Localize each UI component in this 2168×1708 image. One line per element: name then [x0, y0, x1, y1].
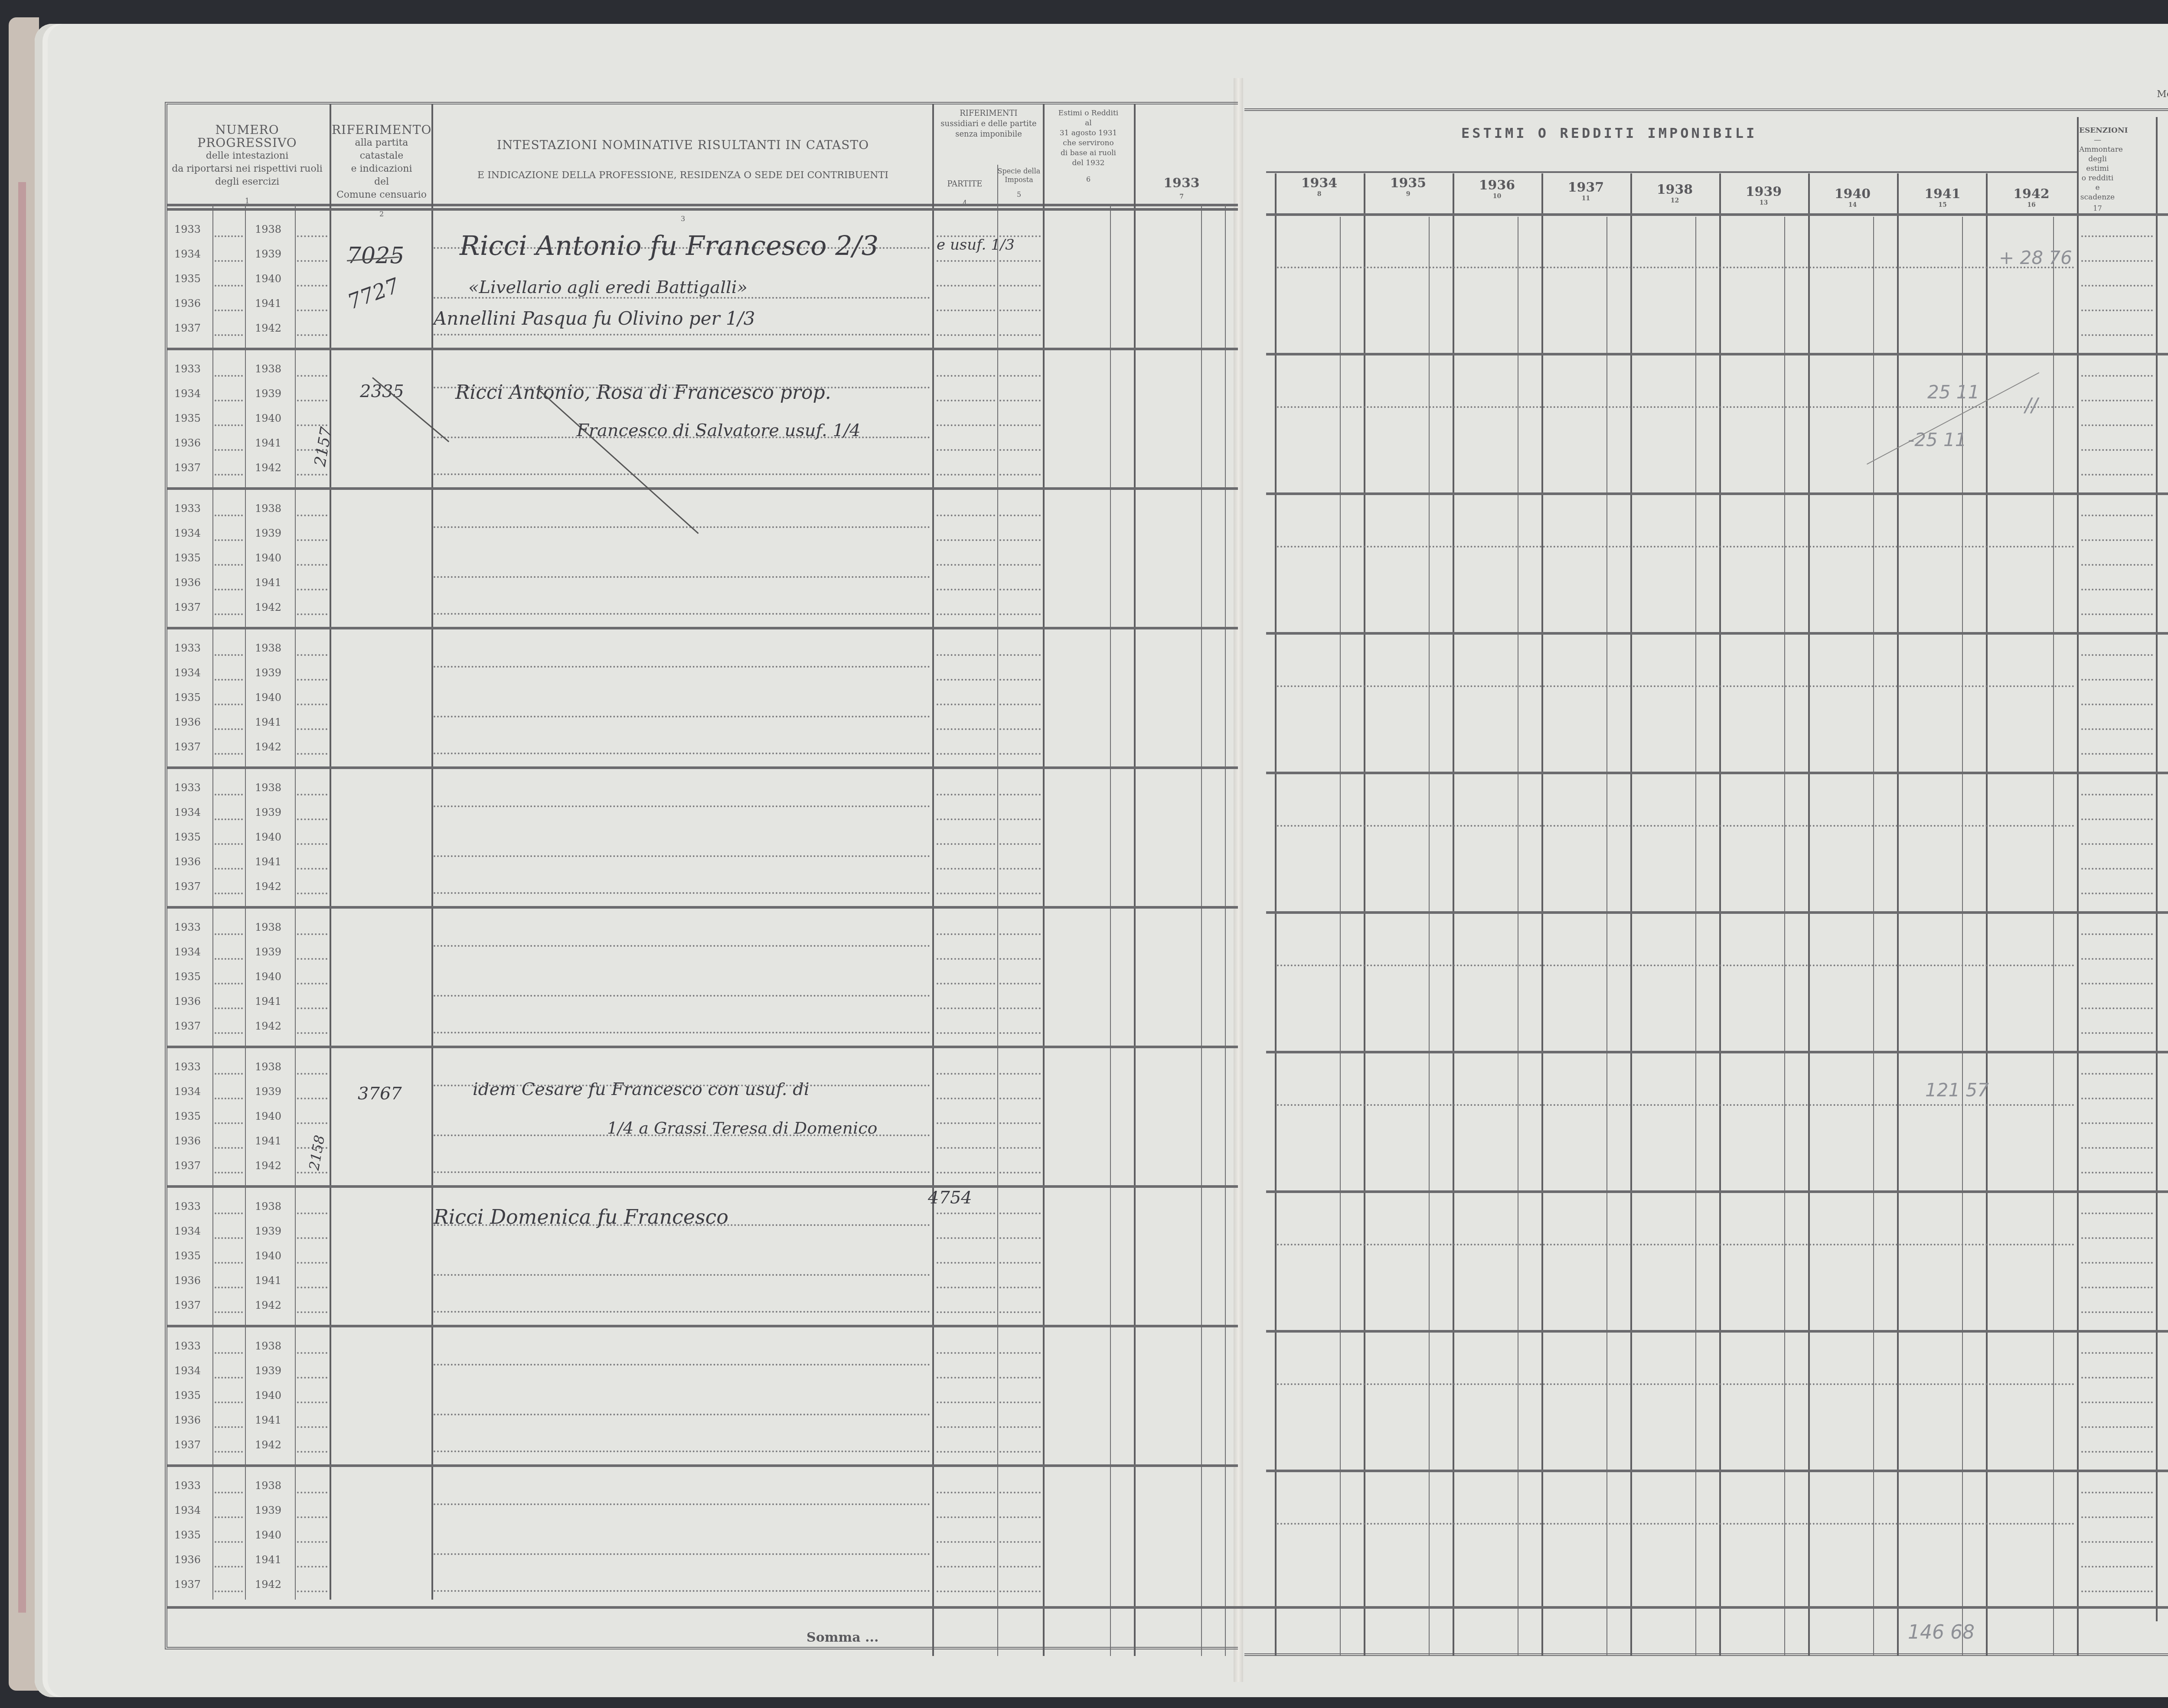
header-year-1940: 194014 — [1810, 186, 1895, 209]
dotted-rule — [2081, 753, 2153, 755]
name-line — [434, 1364, 930, 1366]
dotted-rule — [297, 1451, 327, 1453]
dotted-rule — [937, 1591, 995, 1592]
year-label: 1941 — [255, 716, 281, 728]
year-label: 1941 — [255, 995, 281, 1007]
dotted-rule — [999, 515, 1041, 516]
dotted-rule — [297, 1377, 327, 1379]
dotted-rule — [2081, 400, 2153, 401]
year-label: 1942 — [255, 1299, 281, 1311]
dotted-rule — [937, 1426, 995, 1428]
dotted-rule — [297, 375, 327, 377]
dotted-rule — [2081, 613, 2153, 615]
name-line — [434, 892, 930, 894]
dotted-rule — [2081, 933, 2153, 935]
year-label: 1938 — [255, 782, 281, 794]
dotted-rule — [999, 1262, 1041, 1264]
value-line — [1277, 1383, 2075, 1385]
year-label: 1938 — [255, 642, 281, 654]
dotted-rule — [215, 704, 243, 705]
dotted-rule — [297, 310, 327, 311]
dotted-rule — [937, 1098, 995, 1099]
dotted-rule — [2081, 1541, 2153, 1543]
dotted-rule — [999, 1122, 1041, 1124]
entry-2-line-2: Francesco di Salvatore usuf. 1/4 — [577, 420, 861, 440]
block-separator — [1266, 911, 2168, 914]
block-separator — [1266, 353, 2168, 355]
dotted-rule — [937, 1122, 995, 1124]
year-label: 1938 — [255, 363, 281, 375]
year-label: 1937 — [174, 1299, 200, 1311]
dotted-rule — [2081, 728, 2153, 730]
value-line — [1277, 1244, 2075, 1245]
dotted-rule — [937, 515, 995, 516]
dotted-rule — [215, 1516, 243, 1518]
dotted-rule — [999, 1492, 1041, 1493]
dotted-rule — [2081, 310, 2153, 311]
year-label: 1937 — [174, 1160, 200, 1172]
dotted-rule — [937, 728, 995, 730]
entry-2-value-1941-correction: -25 11 — [1908, 429, 1966, 450]
dotted-rule — [2081, 704, 2153, 705]
dotted-rule — [215, 983, 243, 984]
dotted-rule — [2081, 1311, 2153, 1313]
value-line — [1277, 546, 2075, 548]
dotted-rule — [2081, 1073, 2153, 1075]
dotted-rule — [215, 1377, 243, 1379]
year-label: 1938 — [255, 1340, 281, 1352]
dotted-rule — [215, 260, 243, 262]
dotted-rule — [297, 334, 327, 336]
block-separator — [167, 627, 1238, 629]
year-label: 1933 — [174, 782, 200, 794]
header-bottom-rule — [167, 204, 1238, 206]
block-separator — [1266, 1051, 2168, 1053]
header-year-1935: 19359 — [1366, 176, 1450, 198]
dotted-rule — [937, 843, 995, 845]
header-specie-imposta: Specie della Imposta 5 — [997, 167, 1041, 199]
dotted-rule — [215, 1566, 243, 1568]
dotted-rule — [999, 1213, 1041, 1214]
dotted-rule — [297, 1073, 327, 1075]
value-line — [1277, 267, 2075, 268]
header-year-1938: 193812 — [1633, 182, 1717, 204]
block-separator — [1266, 1470, 2168, 1472]
name-line — [434, 1171, 930, 1173]
dotted-rule — [999, 1402, 1041, 1403]
dotted-rule — [2081, 1237, 2153, 1239]
dotted-rule — [2081, 474, 2153, 476]
totals-rule — [167, 1606, 2168, 1609]
dotted-rule — [215, 958, 243, 960]
dotted-rule — [215, 285, 243, 287]
year-label: 1934 — [174, 946, 200, 958]
header-year-1939: 193913 — [1721, 184, 1806, 206]
dotted-rule — [2081, 1098, 2153, 1099]
entry-7-value-1941: 121 57 — [1925, 1079, 1989, 1101]
dotted-rule — [2081, 1172, 2153, 1173]
name-line — [434, 1503, 930, 1505]
dotted-rule — [297, 753, 327, 755]
name-line — [434, 855, 930, 857]
header-year-1936: 193610 — [1455, 178, 1539, 200]
dotted-rule — [297, 515, 327, 516]
dotted-rule — [999, 1377, 1041, 1379]
year-label: 1940 — [255, 691, 281, 704]
value-line — [1277, 1523, 2075, 1525]
dotted-rule — [297, 843, 327, 845]
ledger-book: NUMERO PROGRESSIVO delle intestazioni da… — [0, 0, 2168, 1708]
block-separator — [1266, 772, 2168, 774]
dotted-rule — [2081, 1007, 2153, 1009]
dotted-rule — [999, 679, 1041, 681]
year-label: 1938 — [255, 502, 281, 515]
year-label: 1939 — [255, 946, 281, 958]
dotted-rule — [937, 704, 995, 705]
year-label: 1942 — [255, 880, 281, 893]
dotted-rule — [2081, 1147, 2153, 1149]
dotted-rule — [215, 334, 243, 336]
dotted-rule — [937, 1402, 995, 1403]
dotted-rule — [999, 1352, 1041, 1354]
year-label: 1939 — [255, 388, 281, 400]
dotted-rule — [999, 1451, 1041, 1453]
dotted-rule — [999, 1566, 1041, 1568]
block-separator — [167, 1185, 1238, 1188]
dotted-rule — [215, 1591, 243, 1592]
entry-7-partita: 3767 — [358, 1084, 402, 1104]
dotted-rule — [999, 1237, 1041, 1239]
value-line — [1277, 1104, 2075, 1106]
dotted-rule — [297, 728, 327, 730]
dotted-rule — [999, 958, 1041, 960]
year-label: 1936 — [174, 1274, 200, 1287]
dotted-rule — [937, 1451, 995, 1453]
year-label: 1934 — [174, 388, 200, 400]
dotted-rule — [2081, 1566, 2153, 1568]
dotted-rule — [937, 1492, 995, 1493]
name-line — [434, 945, 930, 947]
year-label: 1939 — [255, 248, 281, 260]
year-label: 1941 — [255, 1135, 281, 1147]
year-label: 1934 — [174, 1365, 200, 1377]
year-label: 1933 — [174, 502, 200, 515]
year-label: 1940 — [255, 971, 281, 983]
dotted-rule — [937, 285, 995, 287]
dotted-rule — [215, 400, 243, 401]
dotted-rule — [999, 1007, 1041, 1009]
year-label: 1934 — [174, 806, 200, 818]
dotted-rule — [215, 818, 243, 820]
block-separator — [167, 1046, 1238, 1048]
dotted-rule — [2081, 1377, 2153, 1379]
dotted-rule — [297, 933, 327, 935]
year-label: 1935 — [174, 971, 200, 983]
year-label: 1938 — [255, 1480, 281, 1492]
name-line — [434, 716, 930, 717]
year-label: 1937 — [174, 741, 200, 753]
year-label: 1935 — [174, 273, 200, 285]
dotted-rule — [999, 868, 1041, 870]
dotted-rule — [937, 654, 995, 656]
dotted-rule — [297, 1032, 327, 1034]
dotted-rule — [937, 449, 995, 451]
dotted-rule — [215, 753, 243, 755]
dotted-rule — [937, 564, 995, 566]
dotted-rule — [297, 1311, 327, 1313]
dotted-rule — [2081, 589, 2153, 590]
dotted-rule — [2081, 1213, 2153, 1214]
block-separator — [1266, 632, 2168, 635]
year-label: 1941 — [255, 856, 281, 868]
year-label: 1939 — [255, 806, 281, 818]
dotted-rule — [999, 1032, 1041, 1034]
dotted-rule — [215, 843, 243, 845]
dotted-rule — [297, 983, 327, 984]
dotted-rule — [937, 474, 995, 476]
dotted-rule — [2081, 1122, 2153, 1124]
entry-7-line-2: 1/4 a Grassi Teresa di Domenico — [607, 1118, 877, 1138]
year-label: 1942 — [255, 1439, 281, 1451]
year-label: 1936 — [174, 856, 200, 868]
dotted-rule — [2081, 260, 2153, 262]
form-model-label: Mod. 111 - Imposte Dirette (Intercalare)… — [2157, 89, 2168, 100]
dotted-rule — [297, 1237, 327, 1239]
dotted-rule — [297, 235, 327, 237]
dotted-rule — [937, 1007, 995, 1009]
block-separator — [1266, 492, 2168, 495]
dotted-rule — [215, 1352, 243, 1354]
year-label: 1942 — [255, 1020, 281, 1032]
dotted-rule — [215, 1007, 243, 1009]
dotted-rule — [999, 539, 1041, 541]
dotted-rule — [937, 983, 995, 984]
dotted-rule — [297, 1402, 327, 1403]
year-label: 1933 — [174, 642, 200, 654]
year-label: 1935 — [174, 1389, 200, 1402]
header-numero-progressivo: NUMERO PROGRESSIVO delle intestazioni da… — [167, 124, 327, 208]
year-label: 1941 — [255, 1554, 281, 1566]
year-label: 1936 — [174, 1135, 200, 1147]
dotted-rule — [999, 1541, 1041, 1543]
dotted-rule — [215, 449, 243, 451]
estimi-group-title: ESTIMI O REDDITI IMPONIBILI — [1461, 125, 1757, 141]
dotted-rule — [937, 794, 995, 795]
dotted-rule — [2081, 235, 2153, 237]
dotted-rule — [2081, 843, 2153, 845]
dotted-rule — [215, 794, 243, 795]
dotted-rule — [937, 1172, 995, 1173]
year-label: 1933 — [174, 1061, 200, 1073]
dotted-rule — [2081, 1287, 2153, 1288]
dotted-rule — [937, 1032, 995, 1034]
year-label: 1939 — [255, 1504, 281, 1516]
dotted-rule — [2081, 679, 2153, 681]
dotted-rule — [297, 1098, 327, 1099]
dotted-rule — [297, 1566, 327, 1568]
year-label: 1937 — [174, 322, 200, 334]
year-label: 1942 — [255, 601, 281, 613]
dotted-rule — [215, 654, 243, 656]
dotted-rule — [2081, 1451, 2153, 1453]
year-label: 1933 — [174, 921, 200, 933]
block-separator — [167, 348, 1238, 350]
dotted-rule — [297, 868, 327, 870]
dotted-rule — [999, 1426, 1041, 1428]
dotted-rule — [999, 424, 1041, 426]
dotted-rule — [999, 1311, 1041, 1313]
right-table-frame — [1244, 108, 2168, 1656]
dotted-rule — [937, 334, 995, 336]
dotted-rule — [297, 958, 327, 960]
dotted-rule — [999, 400, 1041, 401]
dotted-rule — [215, 424, 243, 426]
dotted-rule — [937, 310, 995, 311]
dotted-rule — [999, 728, 1041, 730]
block-separator — [167, 1464, 1238, 1467]
dotted-rule — [297, 1426, 327, 1428]
dotted-rule — [2081, 1516, 2153, 1518]
dotted-rule — [2081, 1492, 2153, 1493]
year-label: 1940 — [255, 1110, 281, 1122]
dotted-rule — [297, 1516, 327, 1518]
dotted-rule — [215, 1098, 243, 1099]
somma-label: Somma ... — [806, 1630, 878, 1645]
name-line — [434, 1414, 930, 1415]
dotted-rule — [297, 704, 327, 705]
dotted-rule — [297, 1287, 327, 1288]
name-line — [434, 1311, 930, 1313]
dotted-rule — [2081, 818, 2153, 820]
year-label: 1942 — [255, 462, 281, 474]
year-label: 1934 — [174, 667, 200, 679]
year-label: 1941 — [255, 1274, 281, 1287]
year-label: 1935 — [174, 412, 200, 424]
dotted-rule — [215, 375, 243, 377]
dotted-rule — [215, 1213, 243, 1214]
dotted-rule — [297, 1213, 327, 1214]
entry-1-col4: e usuf. 1/3 — [937, 236, 1015, 254]
dotted-rule — [937, 375, 995, 377]
dotted-rule — [999, 334, 1041, 336]
entry-2-line-1: Ricci Antonio, Rosa di Francesco prop. — [455, 381, 831, 404]
dotted-rule — [999, 1147, 1041, 1149]
dotted-rule — [297, 1492, 327, 1493]
year-label: 1934 — [174, 248, 200, 260]
dotted-rule — [215, 679, 243, 681]
dotted-rule — [297, 1541, 327, 1543]
dotted-rule — [2081, 1352, 2153, 1354]
dotted-rule — [2081, 958, 2153, 960]
entry-2-value-1942: // — [2025, 394, 2038, 417]
year-label: 1933 — [174, 223, 200, 235]
dotted-rule — [215, 1451, 243, 1453]
year-label: 1934 — [174, 527, 200, 539]
dotted-rule — [215, 1073, 243, 1075]
dotted-rule — [999, 794, 1041, 795]
block-separator — [1266, 213, 2168, 216]
year-label: 1937 — [174, 462, 200, 474]
dotted-rule — [297, 589, 327, 590]
year-label: 1934 — [174, 1085, 200, 1098]
year-label: 1935 — [174, 691, 200, 704]
name-line — [434, 576, 930, 578]
year-label: 1934 — [174, 1504, 200, 1516]
dotted-rule — [999, 983, 1041, 984]
dotted-rule — [999, 1287, 1041, 1288]
year-label: 1937 — [174, 1020, 200, 1032]
entry-2-value-1941: 25 11 — [1927, 381, 1979, 403]
dotted-rule — [937, 260, 995, 262]
name-line — [434, 1032, 930, 1033]
year-label: 1940 — [255, 831, 281, 843]
block-separator — [167, 1325, 1238, 1327]
header-year-1933: 1933 7 — [1136, 176, 1227, 200]
entry-1-partita-crossed: 7025 — [347, 243, 404, 269]
dotted-rule — [215, 235, 243, 237]
dotted-rule — [937, 893, 995, 894]
dotted-rule — [297, 474, 327, 476]
dotted-rule — [297, 260, 327, 262]
dotted-rule — [999, 1516, 1041, 1518]
dotted-rule — [937, 589, 995, 590]
year-label: 1939 — [255, 1365, 281, 1377]
year-label: 1941 — [255, 297, 281, 310]
dotted-rule — [2081, 794, 2153, 795]
dotted-rule — [2081, 375, 2153, 377]
year-label: 1939 — [255, 527, 281, 539]
name-line — [434, 1590, 930, 1592]
dotted-rule — [937, 1352, 995, 1354]
year-label: 1936 — [174, 297, 200, 310]
name-line — [434, 1553, 930, 1555]
dotted-rule — [937, 539, 995, 541]
year-label: 1941 — [255, 1414, 281, 1426]
dotted-rule — [937, 1073, 995, 1075]
dotted-rule — [297, 654, 327, 656]
name-line — [434, 753, 930, 754]
header-intestazioni: INTESTAZIONI NOMINATIVE RISULTANTI IN CA… — [434, 139, 932, 225]
dotted-rule — [297, 818, 327, 820]
year-label: 1935 — [174, 552, 200, 564]
dotted-rule — [937, 1147, 995, 1149]
dotted-rule — [2081, 1591, 2153, 1592]
year-label: 1937 — [174, 880, 200, 893]
dotted-rule — [2081, 334, 2153, 336]
dotted-rule — [2081, 1426, 2153, 1428]
year-label: 1935 — [174, 1250, 200, 1262]
dotted-rule — [999, 843, 1041, 845]
block-separator — [1266, 1190, 2168, 1193]
year-label: 1942 — [255, 322, 281, 334]
year-label: 1936 — [174, 1414, 200, 1426]
dotted-rule — [215, 868, 243, 870]
header-estimi-1931: Estimi o Redditi al 31 agosto 1931 che s… — [1045, 108, 1132, 184]
year-label: 1940 — [255, 1529, 281, 1541]
dotted-rule — [2081, 539, 2153, 541]
dotted-rule — [937, 679, 995, 681]
dotted-rule — [297, 679, 327, 681]
dotted-rule — [937, 400, 995, 401]
header-year-1937: 193711 — [1544, 180, 1628, 202]
year-label: 1940 — [255, 412, 281, 424]
dotted-rule — [215, 728, 243, 730]
dotted-rule — [297, 1262, 327, 1264]
dotted-rule — [297, 893, 327, 894]
entry-1-line-2: «Livellario agli eredi Battigalli» — [468, 277, 748, 297]
dotted-rule — [215, 515, 243, 516]
header-year-1934: 19348 — [1277, 176, 1362, 198]
